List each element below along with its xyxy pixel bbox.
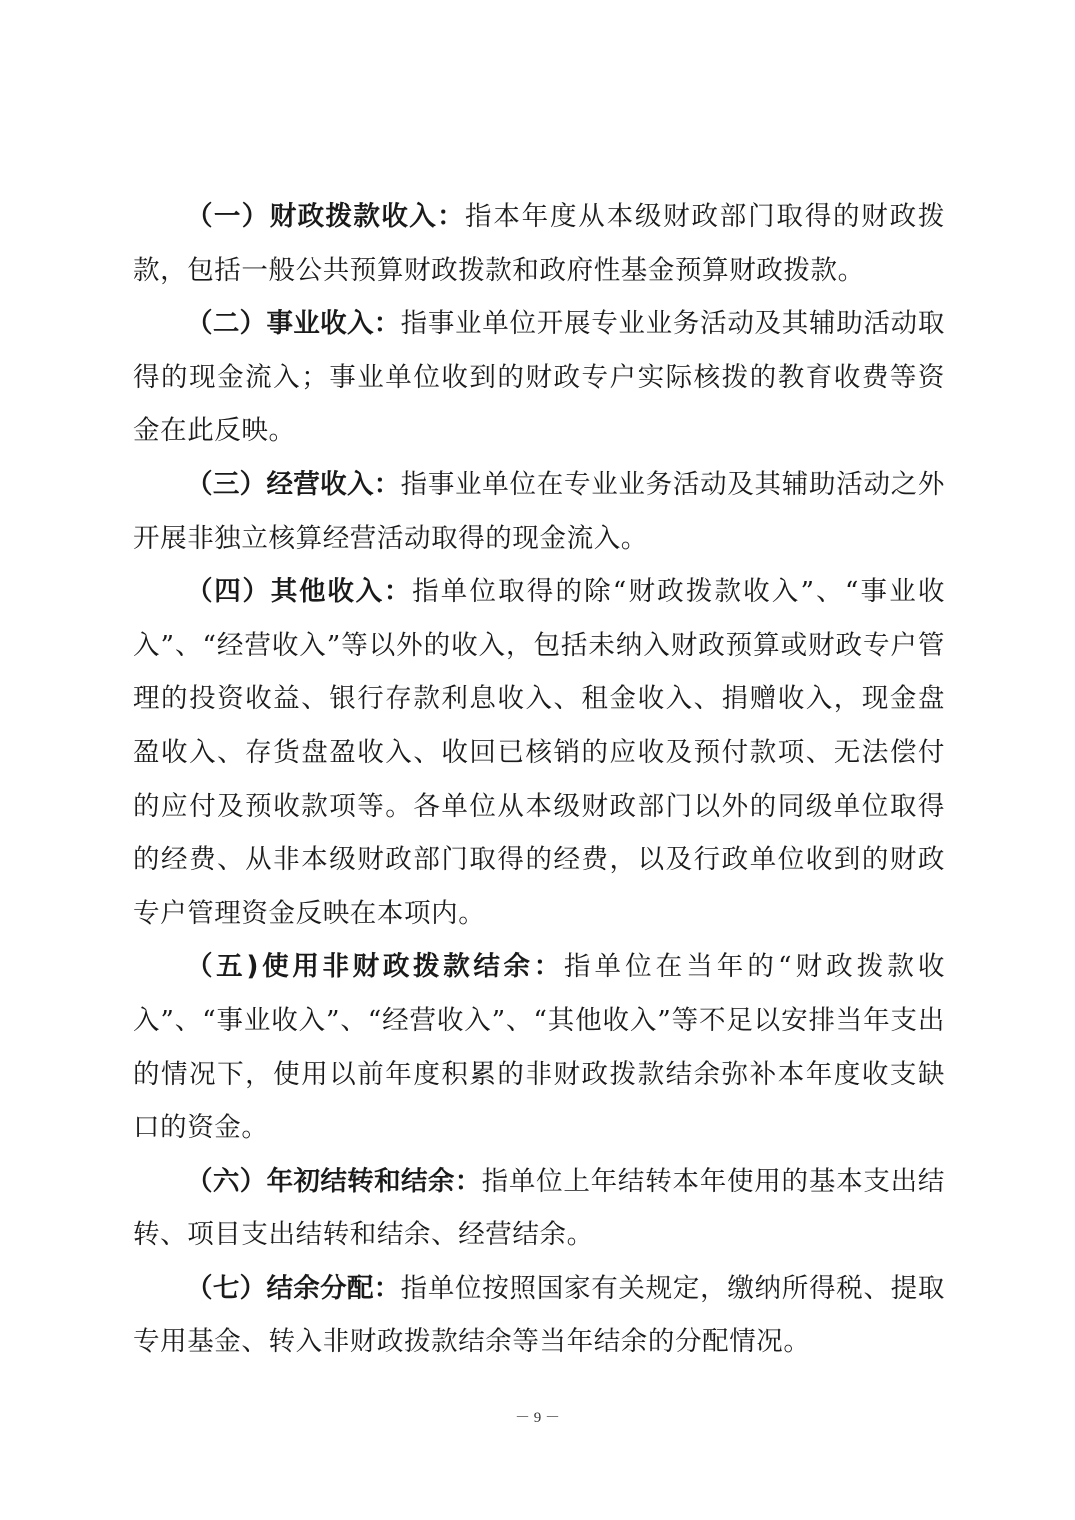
paragraph-heading: （五)使用非财政拨款结余： — [186, 951, 564, 982]
paragraph-non-fiscal-balance-use: （五)使用非财政拨款结余：指单位在当年的“财政拨款收入”、“事业收入”、“经营收… — [133, 940, 945, 1154]
paragraph-balance-distribution: （七）结余分配：指单位按照国家有关规定，缴纳所得税、提取专用基金、转入非财政拨款… — [133, 1262, 945, 1369]
paragraph-heading: （四）其他收入： — [186, 576, 412, 607]
paragraph-fiscal-appropriation-income: （一）财政拨款收入：指本年度从本级财政部门取得的财政拨款，包括一般公共预算财政拨… — [133, 190, 945, 297]
paragraph-heading: （六）年初结转和结余： — [186, 1166, 482, 1197]
paragraph-heading: （一）财政拨款收入： — [186, 201, 465, 232]
paragraph-heading: （七）结余分配： — [186, 1273, 401, 1304]
paragraph-text: 指单位取得的除“财政拨款收入”、“事业收入”、“经营收入”等以外的收入，包括未纳… — [133, 576, 945, 929]
document-body: （一）财政拨款收入：指本年度从本级财政部门取得的财政拨款，包括一般公共预算财政拨… — [133, 190, 945, 1369]
paragraph-heading: （二）事业收入： — [186, 308, 401, 339]
paragraph-carryover-and-balance: （六）年初结转和结余：指单位上年结转本年使用的基本支出结转、项目支出结转和结余、… — [133, 1155, 945, 1262]
paragraph-operating-income: （三）经营收入：指事业单位在专业业务活动及其辅助活动之外开展非独立核算经营活动取… — [133, 458, 945, 565]
paragraph-business-income: （二）事业收入：指事业单位开展专业业务活动及其辅助活动取得的现金流入；事业单位收… — [133, 297, 945, 458]
paragraph-other-income: （四）其他收入：指单位取得的除“财政拨款收入”、“事业收入”、“经营收入”等以外… — [133, 565, 945, 940]
page-number: － 9 － — [0, 1406, 1075, 1427]
paragraph-heading: （三）经营收入： — [186, 469, 401, 500]
